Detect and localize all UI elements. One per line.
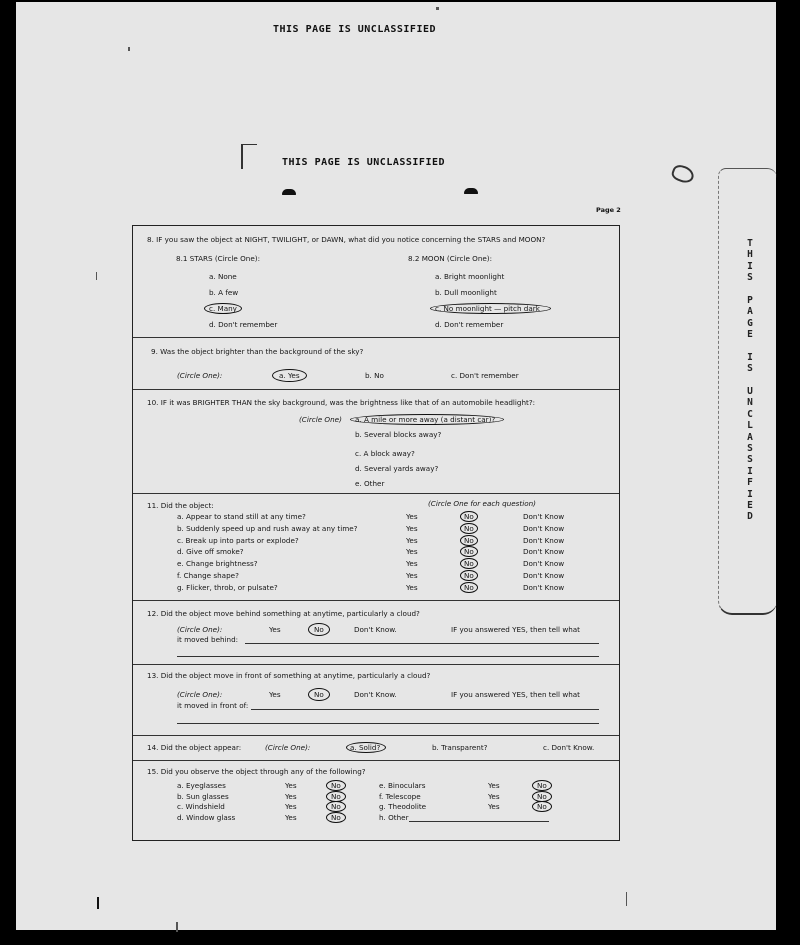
q12-circle-label: (Circle One): (177, 625, 222, 634)
q8-stars-option-a[interactable]: a. None (209, 272, 237, 281)
q15-option-yes[interactable]: Yes (488, 781, 500, 790)
q8-stars-option-b[interactable]: b. A few (209, 288, 238, 297)
q10-question: 10. IF it was BRIGHTER THAN the sky back… (147, 398, 535, 407)
stamp-letter (744, 284, 756, 295)
stamp-letter: S (744, 363, 756, 374)
q15-option-yes[interactable]: Yes (488, 802, 500, 811)
q13-question: 13. Did the object move in front of some… (147, 671, 430, 680)
q11-option-dont-know[interactable]: Don't Know (523, 512, 564, 521)
q12-answer-line-2[interactable] (177, 656, 599, 657)
q11-option-no[interactable]: No (460, 570, 478, 581)
stamp-letter: A (744, 432, 756, 443)
unclassified-stamp-second: THIS PAGE IS UNCLASSIFIED (282, 157, 445, 168)
q9-question: 9. Was the object brighter than the back… (151, 347, 363, 356)
stamp-letter: L (744, 420, 756, 431)
q12-answer-line-1[interactable] (245, 643, 599, 644)
q11-row-label: f. Change shape? (177, 571, 239, 580)
punch-mark-right (464, 188, 478, 194)
q15-item-label: c. Windshield (177, 802, 225, 811)
q11-instruction: (Circle One for each question) (428, 499, 536, 508)
q11-question: 11. Did the object: (147, 501, 214, 510)
section-q9: 9. Was the object brighter than the back… (133, 338, 619, 390)
q14-option-c[interactable]: c. Don't Know. (543, 743, 594, 752)
stamp-letter: S (744, 272, 756, 283)
stamp-letter: I (744, 489, 756, 500)
page-number: Page 2 (596, 206, 621, 214)
q10-option-d[interactable]: d. Several yards away? (355, 464, 438, 473)
q15-option-yes[interactable]: Yes (488, 792, 500, 801)
q8-moon-option-a[interactable]: a. Bright moonlight (435, 272, 504, 281)
unclassified-stamp-vertical: THISPAGEISUNCLASSIFIED (744, 238, 756, 523)
q8-stars-option-c[interactable]: c. Many (209, 304, 242, 313)
q15-option-yes[interactable]: Yes (285, 792, 297, 801)
q14-question: 14. Did the object appear: (147, 743, 241, 752)
questionnaire-form: 8. IF you saw the object at NIGHT, TWILI… (132, 225, 620, 841)
ink-blot-mark (670, 163, 696, 186)
q11-row-label: b. Suddenly speed up and rush away at an… (177, 524, 357, 533)
q11-option-yes[interactable]: Yes (406, 583, 418, 592)
q11-option-yes[interactable]: Yes (406, 512, 418, 521)
q13-option-dont-know[interactable]: Don't Know. (354, 690, 397, 699)
q15-option-no[interactable]: No (326, 791, 346, 802)
q10-option-a: a. A mile or more away (a distant car)? (355, 415, 504, 424)
q15-option-yes[interactable]: Yes (285, 813, 297, 822)
q15-other-answer-line[interactable] (409, 821, 549, 822)
q11-option-dont-know[interactable]: Don't Know (523, 547, 564, 556)
q12-followup-cont: it moved behind: (177, 635, 238, 644)
q9-option-c[interactable]: c. Don't remember (451, 371, 519, 380)
q12-option-yes[interactable]: Yes (269, 625, 281, 634)
q9-circle-label: (Circle One): (177, 371, 222, 380)
q11-option-no[interactable]: No (460, 558, 478, 569)
q15-option-no[interactable]: No (532, 780, 552, 791)
section-q13: 13. Did the object move in front of some… (133, 665, 619, 736)
stamp-letter: T (744, 238, 756, 249)
q11-option-no[interactable]: No (460, 511, 478, 522)
q15-option-no[interactable]: No (326, 801, 346, 812)
stamp-letter: I (744, 466, 756, 477)
stamp-letter (744, 341, 756, 352)
stamp-letter: F (744, 477, 756, 488)
q10-circle-label: (Circle One) (299, 415, 342, 424)
q15-item-label: g. Theodolite (379, 802, 426, 811)
q8-moon-option-c[interactable]: c. No moonlight — pitch dark (435, 304, 551, 313)
q11-option-no[interactable]: No (460, 582, 478, 593)
stamp-letter: E (744, 329, 756, 340)
q15-item-label: d. Window glass (177, 813, 235, 822)
stamp-letter: H (744, 249, 756, 260)
section-q14: 14. Did the object appear: (Circle One):… (133, 736, 619, 761)
q11-option-dont-know[interactable]: Don't Know (523, 536, 564, 545)
q15-option-yes[interactable]: Yes (285, 802, 297, 811)
q11-option-dont-know[interactable]: Don't Know (523, 559, 564, 568)
q12-followup: IF you answered YES, then tell what (451, 625, 580, 634)
stamp-letter: N (744, 397, 756, 408)
stamp-letter: D (744, 511, 756, 522)
q13-followup-cont: it moved in front of: (177, 701, 248, 710)
section-q15: 15. Did you observe the object through a… (133, 761, 619, 841)
q12-option-dont-know[interactable]: Don't Know. (354, 625, 397, 634)
q8-stars-label: 8.1 STARS (Circle One): (176, 254, 260, 263)
q15-item-label: a. Eyeglasses (177, 781, 226, 790)
q10-option-c[interactable]: c. A block away? (355, 449, 415, 458)
q11-option-dont-know[interactable]: Don't Know (523, 571, 564, 580)
q9-selected[interactable]: a. Yes (272, 369, 307, 382)
q15-option-no[interactable]: No (326, 812, 346, 823)
stamp-letter: S (744, 454, 756, 465)
q11-option-no[interactable]: No (460, 523, 478, 534)
q15-option-no[interactable]: No (532, 791, 552, 802)
stamp-letter: C (744, 409, 756, 420)
section-q11: 11. Did the object: (Circle One for each… (133, 494, 619, 601)
q14-option-b[interactable]: b. Transparent? (432, 743, 488, 752)
q11-option-no[interactable]: No (460, 535, 478, 546)
q8-moon-selected[interactable]: c. No moonlight — pitch dark (430, 303, 551, 314)
q13-answer-line-1[interactable] (251, 709, 599, 710)
q11-row-label: d. Give off smoke? (177, 547, 244, 556)
section-q10: 10. IF it was BRIGHTER THAN the sky back… (133, 390, 619, 494)
q15-question: 15. Did you observe the object through a… (147, 767, 366, 776)
q11-row-label: c. Break up into parts or explode? (177, 536, 299, 545)
q11-option-dont-know[interactable]: Don't Know (523, 524, 564, 533)
q8-moon-option-d[interactable]: d. Don't remember (435, 320, 503, 329)
q10-selected[interactable]: a. A mile or more away (a distant car)? (350, 414, 504, 425)
stamp-letter: P (744, 295, 756, 306)
punch-mark-left (282, 189, 296, 195)
q15-item-label: b. Sun glasses (177, 792, 229, 801)
q9-option-b[interactable]: b. No (365, 371, 384, 380)
q13-followup: IF you answered YES, then tell what (451, 690, 580, 699)
stamp-letter: I (744, 261, 756, 272)
q15-option-yes[interactable]: Yes (285, 781, 297, 790)
q8-question: 8. IF you saw the object at NIGHT, TWILI… (147, 235, 545, 244)
stamp-letter: U (744, 386, 756, 397)
stamp-letter: G (744, 318, 756, 329)
q8-stars-option-d[interactable]: d. Don't remember (209, 320, 277, 329)
q13-selected-no[interactable]: No (308, 688, 330, 701)
q11-option-yes[interactable]: Yes (406, 524, 418, 533)
q11-row-label: a. Appear to stand still at any time? (177, 512, 306, 521)
stamp-letter: S (744, 443, 756, 454)
q11-option-dont-know[interactable]: Don't Know (523, 583, 564, 592)
q15-option-no[interactable]: No (326, 780, 346, 791)
q10-option-e[interactable]: e. Other (355, 479, 384, 488)
q12-question: 12. Did the object move behind something… (147, 609, 420, 618)
q8-stars-selected[interactable]: c. Many (204, 303, 242, 314)
q8-moon-label: 8.2 MOON (Circle One): (408, 254, 492, 263)
q13-option-yes[interactable]: Yes (269, 690, 281, 699)
q11-row-label: e. Change brightness? (177, 559, 258, 568)
q11-row-label: g. Flicker, throb, or pulsate? (177, 583, 278, 592)
q11-option-no[interactable]: No (460, 546, 478, 557)
q15-option-no[interactable]: No (532, 801, 552, 812)
unclassified-stamp-top: THIS PAGE IS UNCLASSIFIED (273, 24, 436, 35)
q13-circle-label: (Circle One): (177, 690, 222, 699)
stamp-letter (744, 375, 756, 386)
corner-bracket-mark (241, 144, 257, 169)
q10-option-b[interactable]: b. Several blocks away? (355, 430, 441, 439)
q8-moon-option-b[interactable]: b. Dull moonlight (435, 288, 497, 297)
q12-selected-no[interactable]: No (308, 623, 330, 636)
q11-option-yes[interactable]: Yes (406, 571, 418, 580)
q11-option-yes[interactable]: Yes (406, 559, 418, 568)
q15-item-label: f. Telescope (379, 792, 421, 801)
q15-item-label: e. Binoculars (379, 781, 425, 790)
stamp-letter: A (744, 306, 756, 317)
q14-selected[interactable]: a. Solid? (346, 742, 386, 753)
section-q8: 8. IF you saw the object at NIGHT, TWILI… (133, 226, 619, 338)
stamp-letter: I (744, 352, 756, 363)
q14-circle-label: (Circle One): (265, 743, 310, 752)
stamp-letter: E (744, 500, 756, 511)
q11-option-yes[interactable]: Yes (406, 547, 418, 556)
q9-option-a: a. Yes (277, 371, 307, 380)
q15-item-label: h. Other (379, 813, 409, 822)
section-q12: 12. Did the object move behind something… (133, 601, 619, 665)
q11-option-yes[interactable]: Yes (406, 536, 418, 545)
q13-answer-line-2[interactable] (177, 723, 599, 724)
